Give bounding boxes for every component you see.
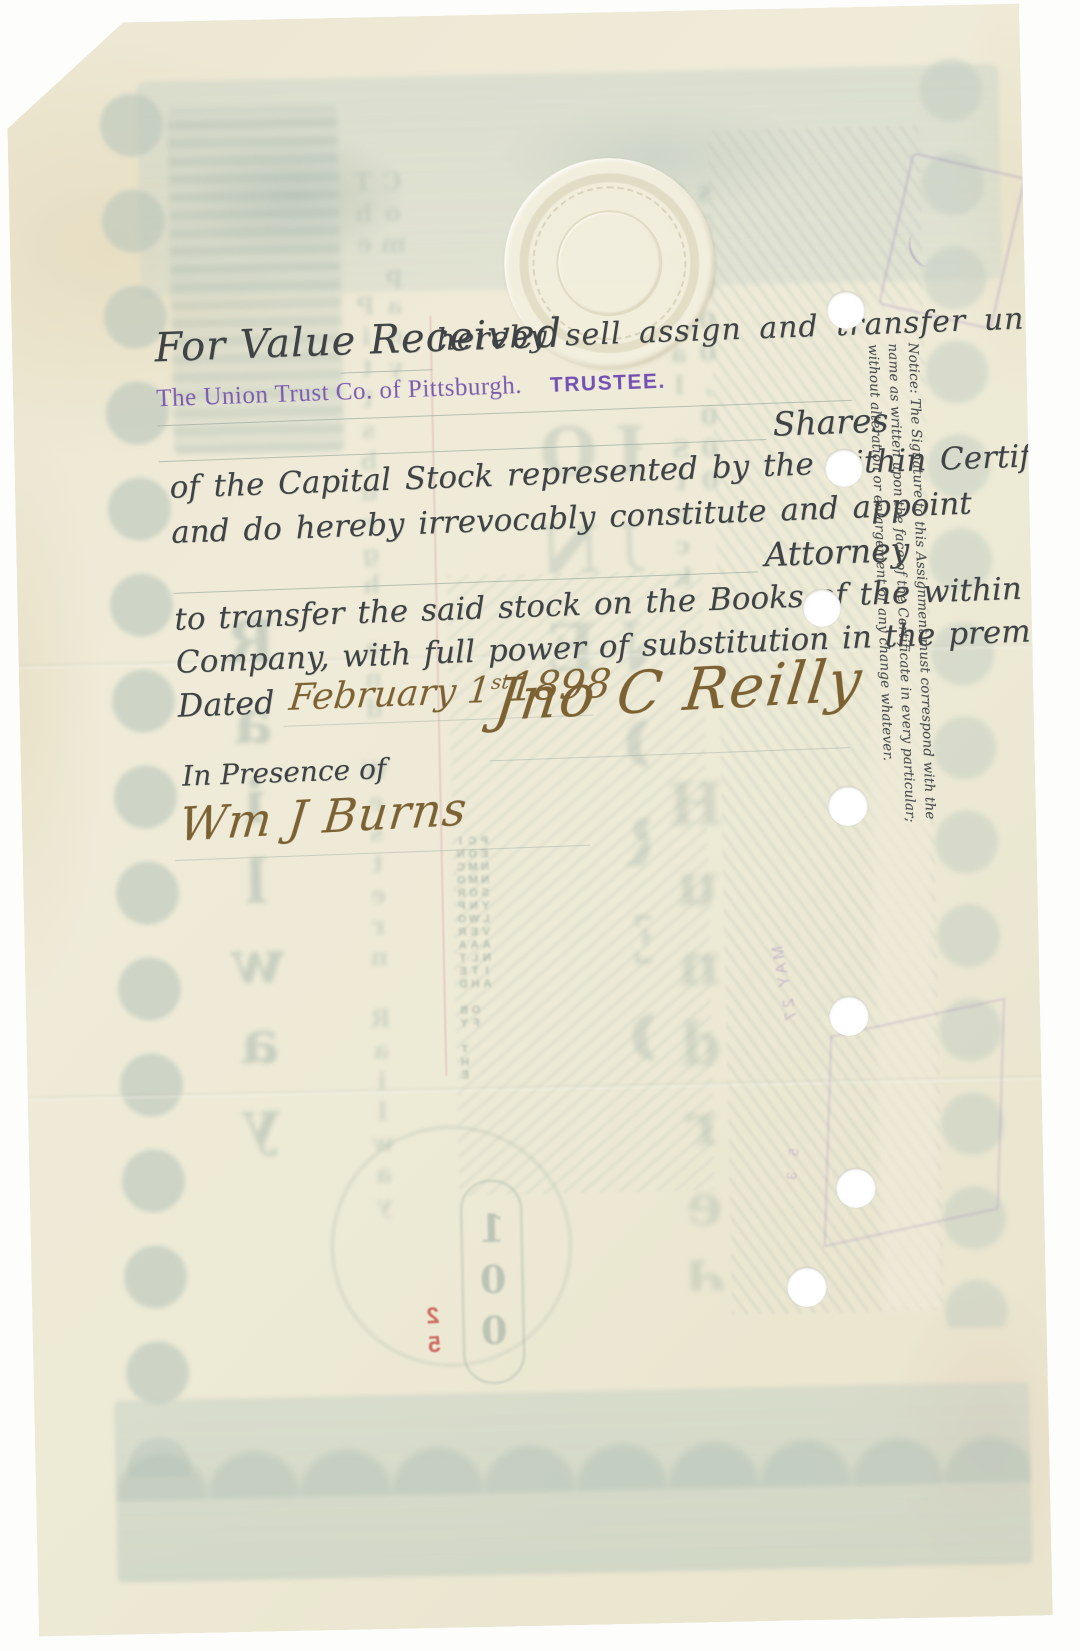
dated-handwriting: February 1st bbox=[287, 670, 511, 719]
assignment-form: For Value Received hereby sell assign an… bbox=[0, 0, 1065, 1644]
witness-signature: Wm J Burns bbox=[177, 782, 470, 852]
paper-sheet: Railway The Pittsburgh and Western Railw… bbox=[5, 4, 1053, 1637]
punch-hole bbox=[827, 291, 865, 329]
transfer-clause-text: hereby sell assign and transfer unto bbox=[436, 300, 1057, 358]
punch-hole bbox=[825, 449, 863, 487]
punch-hole bbox=[836, 1168, 876, 1208]
notice-text: Notice: The Signature to this Assignment… bbox=[863, 342, 939, 776]
trustee-stamp: TRUSTEE. bbox=[550, 370, 667, 397]
blank-rule bbox=[340, 369, 432, 373]
dated-month-day: February 1 bbox=[287, 670, 492, 719]
signature-rule bbox=[490, 747, 850, 761]
scanned-certificate-back: Railway The Pittsburgh and Western Railw… bbox=[0, 0, 1080, 1651]
punch-hole bbox=[828, 786, 868, 826]
union-trust-stamp-text: The Union Trust Co. of Pittsburgh. bbox=[156, 372, 523, 412]
punch-hole bbox=[787, 1267, 827, 1307]
punch-hole bbox=[829, 996, 869, 1036]
dated-label: Dated bbox=[177, 683, 275, 725]
witness-label: In Presence of bbox=[182, 752, 387, 792]
punch-hole bbox=[803, 589, 841, 627]
union-trust-stamp: The Union Trust Co. of Pittsburgh.TRUSTE… bbox=[156, 367, 666, 414]
